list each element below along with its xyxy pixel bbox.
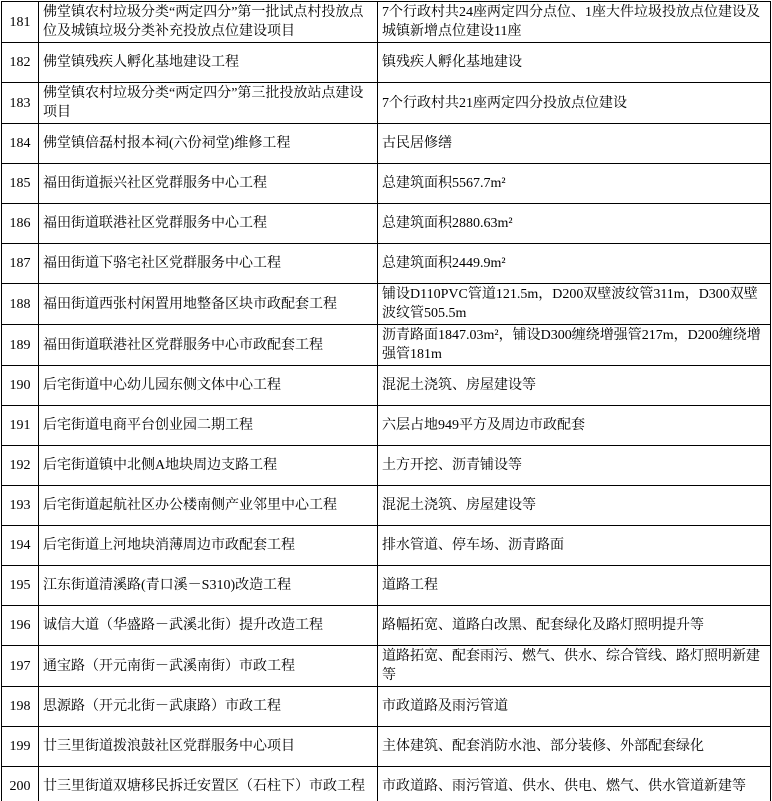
project-description: 沥青路面1847.03m²，铺设D300缠绕增强管217m，D200缠绕增强管1… [378, 325, 771, 366]
project-description: 混泥土浇筑、房屋建设等 [378, 486, 771, 526]
project-description: 镇残疾人孵化基地建设 [378, 43, 771, 83]
project-name: 思源路（开元北街－武康路）市政工程 [39, 687, 378, 727]
project-description: 市政道路、雨污管道、供水、供电、燃气、供水管道新建等 [378, 767, 771, 801]
table-row: 182 佛堂镇残疾人孵化基地建设工程 镇残疾人孵化基地建设 [2, 43, 771, 83]
project-name: 廿三里街道双塘移民拆迁安置区（石柱下）市政工程 [39, 767, 378, 801]
table-row: 187 福田街道下骆宅社区党群服务中心工程 总建筑面积2449.9m² [2, 244, 771, 284]
project-description: 古民居修缮 [378, 124, 771, 164]
project-description: 总建筑面积5567.7m² [378, 164, 771, 204]
project-name: 通宝路（开元南街－武溪南街）市政工程 [39, 646, 378, 687]
row-number: 198 [2, 687, 39, 727]
row-number: 200 [2, 767, 39, 801]
table-row: 195 江东街道清溪路(青口溪－S310)改造工程 道路工程 [2, 566, 771, 606]
table-row: 191 后宅街道电商平台创业园二期工程 六层占地949平方及周边市政配套 [2, 406, 771, 446]
project-name: 福田街道西张村闲置用地整备区块市政配套工程 [39, 284, 378, 325]
row-number: 193 [2, 486, 39, 526]
table-row: 183 佛堂镇农村垃圾分类“两定四分”第三批投放站点建设项目 7个行政村共21座… [2, 83, 771, 124]
projects-table-body: 181 佛堂镇农村垃圾分类“两定四分”第一批试点村投放点位及城镇垃圾分类补充投放… [2, 2, 771, 801]
table-row: 184 佛堂镇倍磊村报本祠(六份祠堂)维修工程 古民居修缮 [2, 124, 771, 164]
project-description: 道路拓宽、配套雨污、燃气、供水、综合管线、路灯照明新建等 [378, 646, 771, 687]
project-name: 江东街道清溪路(青口溪－S310)改造工程 [39, 566, 378, 606]
project-name: 廿三里街道拨浪鼓社区党群服务中心项目 [39, 727, 378, 767]
table-row: 197 通宝路（开元南街－武溪南街）市政工程 道路拓宽、配套雨污、燃气、供水、综… [2, 646, 771, 687]
projects-table: 181 佛堂镇农村垃圾分类“两定四分”第一批试点村投放点位及城镇垃圾分类补充投放… [1, 1, 771, 801]
row-number: 182 [2, 43, 39, 83]
project-description: 总建筑面积2880.63m² [378, 204, 771, 244]
table-row: 200 廿三里街道双塘移民拆迁安置区（石柱下）市政工程 市政道路、雨污管道、供水… [2, 767, 771, 801]
project-description: 路幅拓宽、道路白改黑、配套绿化及路灯照明提升等 [378, 606, 771, 646]
project-description: 六层占地949平方及周边市政配套 [378, 406, 771, 446]
table-row: 198 思源路（开元北街－武康路）市政工程 市政道路及雨污管道 [2, 687, 771, 727]
row-number: 189 [2, 325, 39, 366]
project-name: 后宅街道上河地块消薄周边市政配套工程 [39, 526, 378, 566]
project-name: 诚信大道（华盛路－武溪北街）提升改造工程 [39, 606, 378, 646]
project-description: 铺设D110PVC管道121.5m，D200双壁波纹管311m，D300双壁波纹… [378, 284, 771, 325]
row-number: 181 [2, 2, 39, 43]
project-description: 道路工程 [378, 566, 771, 606]
row-number: 190 [2, 366, 39, 406]
project-description: 市政道路及雨污管道 [378, 687, 771, 727]
row-number: 187 [2, 244, 39, 284]
project-description: 总建筑面积2449.9m² [378, 244, 771, 284]
row-number: 195 [2, 566, 39, 606]
table-row: 199 廿三里街道拨浪鼓社区党群服务中心项目 主体建筑、配套消防水池、部分装修、… [2, 727, 771, 767]
table-row: 185 福田街道振兴社区党群服务中心工程 总建筑面积5567.7m² [2, 164, 771, 204]
table-row: 190 后宅街道中心幼儿园东侧文体中心工程 混泥土浇筑、房屋建设等 [2, 366, 771, 406]
row-number: 199 [2, 727, 39, 767]
table-row: 186 福田街道联港社区党群服务中心工程 总建筑面积2880.63m² [2, 204, 771, 244]
project-name: 后宅街道电商平台创业园二期工程 [39, 406, 378, 446]
table-row: 196 诚信大道（华盛路－武溪北街）提升改造工程 路幅拓宽、道路白改黑、配套绿化… [2, 606, 771, 646]
row-number: 183 [2, 83, 39, 124]
project-name: 佛堂镇农村垃圾分类“两定四分”第三批投放站点建设项目 [39, 83, 378, 124]
project-name: 佛堂镇倍磊村报本祠(六份祠堂)维修工程 [39, 124, 378, 164]
document-page: 181 佛堂镇农村垃圾分类“两定四分”第一批试点村投放点位及城镇垃圾分类补充投放… [1, 1, 771, 800]
project-description: 7个行政村共24座两定四分点位、1座大件垃圾投放点位建设及城镇新增点位建设11座 [378, 2, 771, 43]
row-number: 191 [2, 406, 39, 446]
project-description: 土方开挖、沥青铺设等 [378, 446, 771, 486]
project-description: 主体建筑、配套消防水池、部分装修、外部配套绿化 [378, 727, 771, 767]
project-name: 后宅街道起航社区办公楼南侧产业邻里中心工程 [39, 486, 378, 526]
project-name: 福田街道振兴社区党群服务中心工程 [39, 164, 378, 204]
table-row: 194 后宅街道上河地块消薄周边市政配套工程 排水管道、停车场、沥青路面 [2, 526, 771, 566]
row-number: 192 [2, 446, 39, 486]
project-name: 福田街道联港社区党群服务中心工程 [39, 204, 378, 244]
table-row: 188 福田街道西张村闲置用地整备区块市政配套工程 铺设D110PVC管道121… [2, 284, 771, 325]
project-name: 佛堂镇残疾人孵化基地建设工程 [39, 43, 378, 83]
project-description: 7个行政村共21座两定四分投放点位建设 [378, 83, 771, 124]
row-number: 197 [2, 646, 39, 687]
project-name: 后宅街道镇中北侧A地块周边支路工程 [39, 446, 378, 486]
project-name: 佛堂镇农村垃圾分类“两定四分”第一批试点村投放点位及城镇垃圾分类补充投放点位建设… [39, 2, 378, 43]
row-number: 184 [2, 124, 39, 164]
project-name: 福田街道联港社区党群服务中心市政配套工程 [39, 325, 378, 366]
project-name: 福田街道下骆宅社区党群服务中心工程 [39, 244, 378, 284]
row-number: 194 [2, 526, 39, 566]
project-name: 后宅街道中心幼儿园东侧文体中心工程 [39, 366, 378, 406]
row-number: 196 [2, 606, 39, 646]
row-number: 188 [2, 284, 39, 325]
project-description: 混泥土浇筑、房屋建设等 [378, 366, 771, 406]
row-number: 186 [2, 204, 39, 244]
table-row: 181 佛堂镇农村垃圾分类“两定四分”第一批试点村投放点位及城镇垃圾分类补充投放… [2, 2, 771, 43]
table-row: 192 后宅街道镇中北侧A地块周边支路工程 土方开挖、沥青铺设等 [2, 446, 771, 486]
table-row: 193 后宅街道起航社区办公楼南侧产业邻里中心工程 混泥土浇筑、房屋建设等 [2, 486, 771, 526]
project-description: 排水管道、停车场、沥青路面 [378, 526, 771, 566]
table-row: 189 福田街道联港社区党群服务中心市政配套工程 沥青路面1847.03m²，铺… [2, 325, 771, 366]
row-number: 185 [2, 164, 39, 204]
